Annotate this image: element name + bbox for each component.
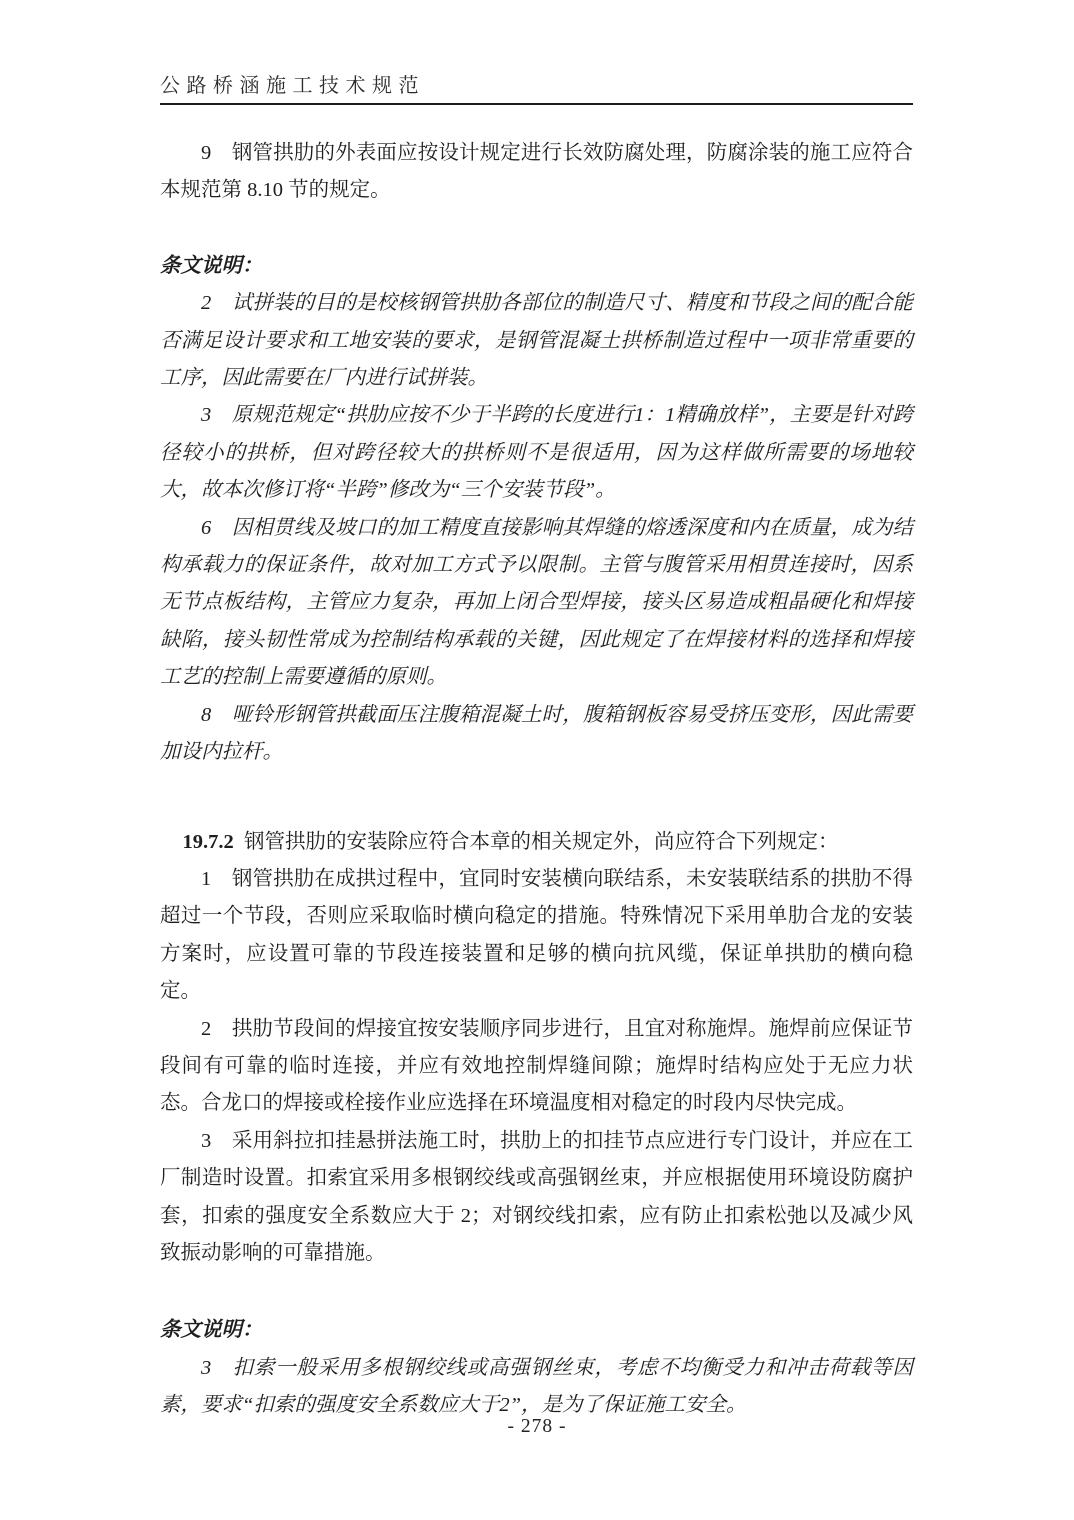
commentary-label: 条文说明： [160,248,913,285]
running-header-title: 公路桥涵施工技术规范 [160,74,913,98]
clause-number: 2 [201,1018,211,1040]
clause-number: 9 [201,142,211,164]
commentary-paragraph-6: 6因相贯线及坡口的加工精度直接影响其焊缝的熔透深度和内在质量，成为结构承载力的保… [160,510,913,697]
spec-document-page: 公路桥涵施工技术规范 9钢管拱肋的外表面应按设计规定进行长效防腐处理，防腐涂装的… [0,0,1074,1520]
commentary-label: 条文说明： [160,1312,913,1349]
commentary-number: 2 [201,292,211,314]
section-heading-19-7-2: 19.7.2钢管拱肋的安装除应符合本章的相关规定外，尚应符合下列规定： [160,824,913,861]
commentary-paragraph-8: 8哑铃形钢管拱截面压注腹箱混凝土时，腹箱钢板容易受挤压变形，因此需要加设内拉杆。 [160,697,913,772]
section-number: 19.7.2 [183,831,234,853]
commentary-paragraph-3: 3原规范规定“拱肋应按不少于半跨的长度进行1：1精确放样”，主要是针对跨径较小的… [160,397,913,509]
clause-text: 拱肋节段间的焊接宜按安装顺序同步进行，且宜对称施焊。施焊前应保证节段间有可靠的临… [160,1018,913,1115]
commentary-text: 试拼装的目的是校核钢管拱肋各部位的制造尺寸、精度和节段之间的配合能否满足设计要求… [160,292,913,389]
commentary-number: 8 [201,704,211,726]
section-heading-text: 钢管拱肋的安装除应符合本章的相关规定外，尚应符合下列规定： [244,831,839,853]
clause-text: 采用斜拉扣挂悬拼法施工时，拱肋上的扣挂节点应进行专门设计，并应在工厂制造时设置。… [160,1130,913,1264]
clause-text: 钢管拱肋的外表面应按设计规定进行长效防腐处理，防腐涂装的施工应符合本规范第 8.… [160,142,913,201]
commentary-text: 哑铃形钢管拱截面压注腹箱混凝土时，腹箱钢板容易受挤压变形，因此需要加设内拉杆。 [160,704,913,763]
clause-9-paragraph: 9钢管拱肋的外表面应按设计规定进行长效防腐处理，防腐涂装的施工应符合本规范第 8… [160,135,913,210]
commentary-text: 原规范规定“拱肋应按不少于半跨的长度进行1：1精确放样”，主要是针对跨径较小的拱… [160,404,913,501]
commentary-number: 6 [201,517,211,539]
commentary-number: 3 [201,404,211,426]
clause-3-paragraph: 3采用斜拉扣挂悬拼法施工时，拱肋上的扣挂节点应进行专门设计，并应在工厂制造时设置… [160,1123,913,1273]
commentary-paragraph-2: 2试拼装的目的是校核钢管拱肋各部位的制造尺寸、精度和节段之间的配合能否满足设计要… [160,285,913,397]
clause-number: 3 [201,1130,211,1152]
text-block: 公路桥涵施工技术规范 9钢管拱肋的外表面应按设计规定进行长效防腐处理，防腐涂装的… [0,0,1074,1425]
clause-number: 1 [201,868,211,890]
commentary-number: 3 [201,1357,211,1379]
clause-2-paragraph: 2拱肋节段间的焊接宜按安装顺序同步进行，且宜对称施焊。施焊前应保证节段间有可靠的… [160,1011,913,1123]
commentary-text: 扣索一般采用多根钢绞线或高强钢丝束，考虑不均衡受力和冲击荷载等因素，要求“扣索的… [160,1357,913,1416]
page-number: - 278 - [0,1416,1074,1438]
commentary-text: 因相贯线及坡口的加工精度直接影响其焊缝的熔透深度和内在质量，成为结构承载力的保证… [160,517,913,689]
running-header: 公路桥涵施工技术规范 [160,0,913,105]
clause-1-paragraph: 1钢管拱肋在成拱过程中，宜同时安装横向联结系，未安装联结系的拱肋不得超过一个节段… [160,861,913,1011]
commentary-paragraph-3b: 3扣索一般采用多根钢绞线或高强钢丝束，考虑不均衡受力和冲击荷载等因素，要求“扣索… [160,1350,913,1425]
header-rule [160,103,913,105]
clause-text: 钢管拱肋在成拱过程中，宜同时安装横向联结系，未安装联结系的拱肋不得超过一个节段，… [160,868,913,1002]
